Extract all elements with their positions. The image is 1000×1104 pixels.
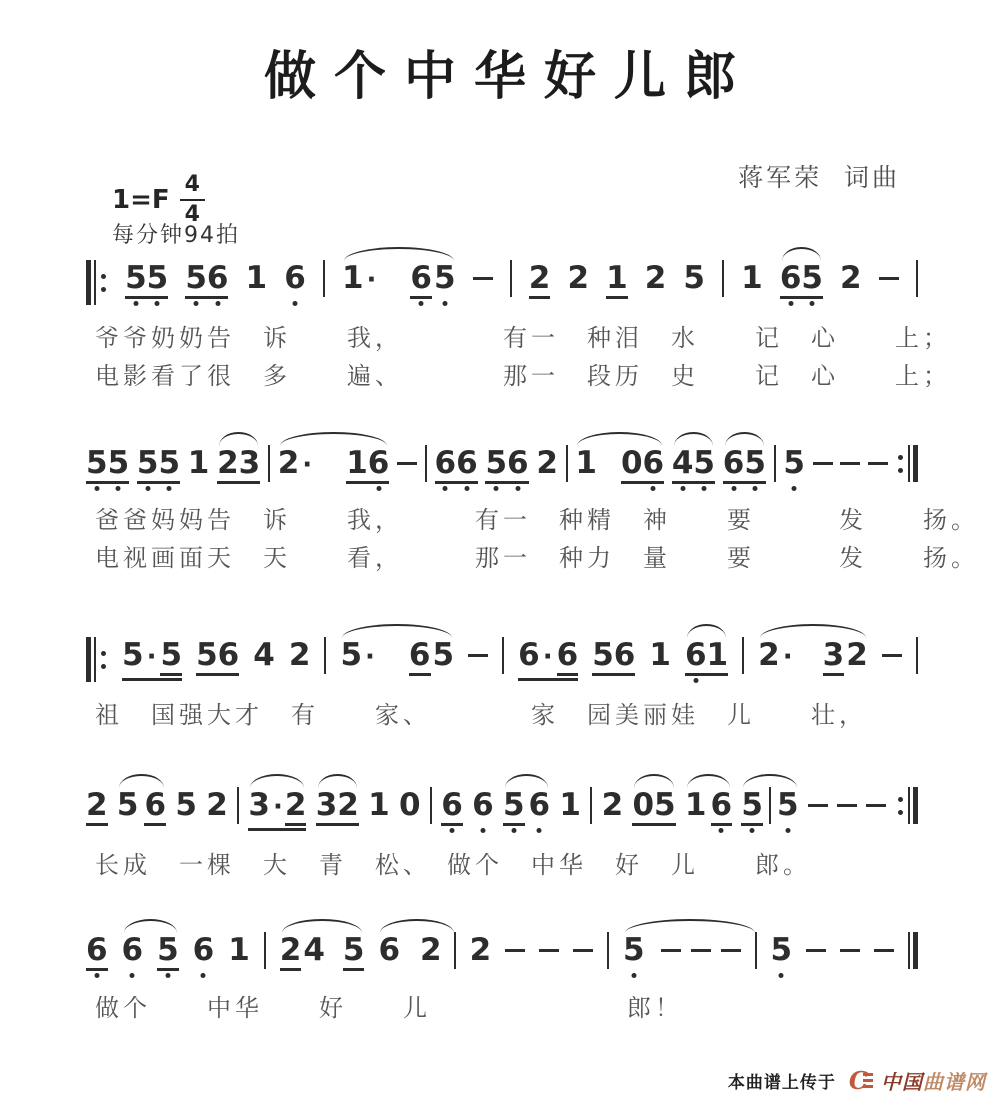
barline xyxy=(454,932,456,969)
tempo-marking: 每分钟94拍 xyxy=(112,218,240,249)
beam-group: 5 xyxy=(741,790,763,826)
note: 2 xyxy=(206,790,228,821)
bar-line-thick xyxy=(86,260,91,305)
note-spacer xyxy=(597,448,621,449)
bar-line xyxy=(454,932,456,969)
beam-group: 56 xyxy=(485,448,528,484)
beam-group: 55 xyxy=(125,263,168,299)
slur-group: 2·32 xyxy=(758,640,868,676)
note: 6 xyxy=(207,263,229,294)
bar-line xyxy=(590,787,592,824)
note: 5 xyxy=(623,935,645,966)
note: 2· xyxy=(278,448,312,479)
note-spacer xyxy=(143,935,157,936)
note: 6 xyxy=(122,935,144,966)
note: 6 xyxy=(441,790,463,821)
note: 6 xyxy=(529,790,551,821)
note: 5 xyxy=(86,448,108,479)
slur-group: 32 xyxy=(316,790,359,826)
note: 6 xyxy=(86,935,108,966)
beam-group: 2 xyxy=(529,263,551,299)
duration-dash xyxy=(691,949,711,952)
beam-group: 6 xyxy=(86,935,108,971)
bar-line xyxy=(425,445,427,482)
note-spacer xyxy=(376,263,410,264)
bar-line xyxy=(566,445,568,482)
repeat-dots xyxy=(898,455,903,473)
beam-group: 6·6 xyxy=(518,640,578,681)
barline xyxy=(323,260,325,297)
repeat-begin-barline xyxy=(86,637,108,682)
bar-line xyxy=(755,932,757,969)
slur-group: 65 xyxy=(780,263,823,299)
slur-group: 55 xyxy=(741,790,798,826)
slur-group: 245 xyxy=(280,935,365,971)
repeat-dot xyxy=(101,664,106,669)
duration-dash xyxy=(473,277,493,280)
note: 1 xyxy=(368,790,390,821)
bar-line xyxy=(268,445,270,482)
barline xyxy=(566,445,568,482)
duration-dash xyxy=(661,949,681,952)
note: 2 xyxy=(217,448,239,479)
beam-group: 5 xyxy=(160,640,182,676)
barline xyxy=(425,445,427,482)
note: 5· xyxy=(340,640,374,671)
slur-group: 45 xyxy=(672,448,715,484)
site-name: 中国曲谱网 xyxy=(881,1066,986,1095)
note-spacer xyxy=(681,935,691,936)
note: 3 xyxy=(316,790,338,821)
site-name-bold: 中国 xyxy=(881,1070,923,1094)
bar-line xyxy=(324,637,326,674)
beam-group: 6 xyxy=(144,790,166,826)
lyric-line: 爷爷奶奶告 诉 我， 有一 种泪 水 记 心 上； xyxy=(95,318,951,353)
note: 2· xyxy=(758,640,792,671)
note: 2 xyxy=(645,263,667,294)
bar-line xyxy=(769,787,771,824)
note: 1 xyxy=(741,263,763,294)
note: 1 xyxy=(346,448,368,479)
note: 6 xyxy=(435,448,457,479)
note: 5· xyxy=(122,640,156,671)
note: 2 xyxy=(529,263,551,294)
slur-group: 65 xyxy=(122,935,179,971)
slur-group: 62 xyxy=(378,935,455,969)
duration-dash xyxy=(539,949,559,952)
bar-line xyxy=(607,932,609,969)
note: 5 xyxy=(125,263,147,294)
note: 5 xyxy=(592,640,614,671)
beam-group: 2 xyxy=(285,790,307,826)
barline xyxy=(264,932,266,969)
note: 5 xyxy=(744,448,766,479)
duration-dash xyxy=(397,462,417,465)
note-spacer xyxy=(442,935,454,936)
bar-line xyxy=(264,932,266,969)
bar-line xyxy=(908,445,910,482)
beam-group: 55 xyxy=(86,448,129,484)
beam-group: 06 xyxy=(621,448,664,484)
note-spacer xyxy=(741,935,755,936)
slur-group: 56 xyxy=(503,790,550,826)
slur-group: 23 xyxy=(217,448,260,484)
note: 6 xyxy=(685,640,707,671)
slur-group: 2·16 xyxy=(278,448,390,484)
note: 1 xyxy=(188,448,210,479)
note: 3 xyxy=(239,448,261,479)
barline xyxy=(237,787,239,824)
note: 4 xyxy=(672,448,694,479)
bar-line xyxy=(237,787,239,824)
note: 6 xyxy=(368,448,390,479)
note: 5 xyxy=(137,448,159,479)
note: 5 xyxy=(117,790,139,821)
duration-dash xyxy=(882,654,902,657)
note-spacer xyxy=(325,935,343,936)
slur-group: 16 xyxy=(685,790,732,826)
upload-note: 本曲谱上传于 xyxy=(728,1068,836,1093)
augmentation-dot: · xyxy=(783,642,793,672)
repeat-dot xyxy=(898,455,903,460)
rest-note: 0 xyxy=(399,790,421,821)
note: 2 xyxy=(536,448,558,479)
beam-group: 6 xyxy=(711,790,733,826)
note: 5 xyxy=(185,263,207,294)
bar-line-thick xyxy=(913,787,918,824)
bar-line xyxy=(774,445,776,482)
augmentation-dot: · xyxy=(367,265,377,295)
barline xyxy=(430,787,432,824)
note: 1 xyxy=(228,935,250,966)
repeat-dot xyxy=(898,468,903,473)
slur-group: 5 xyxy=(623,935,757,969)
note: 6 xyxy=(456,448,478,479)
bar-line xyxy=(908,787,910,824)
lyric-line: 长成 一棵 大 青 松、 做个 中华 好 儿 郎。 xyxy=(95,845,811,880)
note: 5 xyxy=(175,790,197,821)
barline xyxy=(510,260,512,297)
note: 1 xyxy=(559,790,581,821)
note: 5 xyxy=(801,263,823,294)
augmentation-dot: · xyxy=(273,792,283,822)
barline xyxy=(268,445,270,482)
logo-bar xyxy=(863,1073,873,1076)
rest-note: 0 xyxy=(621,448,643,479)
beam-group: 56 xyxy=(185,263,228,299)
note: 6 xyxy=(780,263,802,294)
barline xyxy=(607,932,609,969)
augmentation-dot: · xyxy=(365,642,375,672)
note: 6 xyxy=(409,640,431,671)
note-spacer xyxy=(312,448,346,449)
note: 6 xyxy=(643,448,665,479)
beam-group: 6 xyxy=(410,263,432,299)
bar-line xyxy=(323,260,325,297)
note-spacer xyxy=(400,935,420,936)
note: 6 xyxy=(193,935,215,966)
bar-line xyxy=(916,637,918,674)
note: 6 xyxy=(507,448,529,479)
note: 6 xyxy=(144,790,166,821)
note: 5 xyxy=(343,935,365,966)
slur-group: 5·65 xyxy=(340,640,454,676)
barline xyxy=(722,260,724,297)
bar-line xyxy=(510,260,512,297)
repeat-dots xyxy=(101,274,106,292)
repeat-dots xyxy=(101,651,106,669)
note: 5 xyxy=(434,263,456,294)
duration-dash xyxy=(868,462,888,465)
note: 3· xyxy=(248,790,282,821)
barline xyxy=(755,932,757,969)
final-barline xyxy=(908,932,918,969)
meter-numerator: 4 xyxy=(180,174,205,201)
note: 2 xyxy=(280,935,302,966)
note: 6 xyxy=(218,640,240,671)
beam-group: 16 xyxy=(346,448,389,484)
repeat-end-barline xyxy=(896,445,918,482)
barline xyxy=(742,637,744,674)
note: 1· xyxy=(342,263,376,294)
beam-group: 6 xyxy=(409,640,431,676)
note: 1 xyxy=(707,640,729,671)
note: 1 xyxy=(246,263,268,294)
key-text: 1=F xyxy=(112,185,170,215)
duration-dash xyxy=(806,949,826,952)
note: 5 xyxy=(157,935,179,966)
logo-bars-icon xyxy=(863,1073,873,1088)
note: 1 xyxy=(606,263,628,294)
beam-group: 56 xyxy=(196,640,239,676)
note: 4 xyxy=(303,935,325,966)
repeat-begin-barline xyxy=(86,260,108,305)
note: 5 xyxy=(147,263,169,294)
music-line-3: 5·556425·656·6561612·32 xyxy=(86,640,918,682)
repeat-dot xyxy=(898,797,903,802)
bar-line xyxy=(94,260,96,305)
duration-dash xyxy=(837,804,857,807)
duration-dash xyxy=(468,654,488,657)
note: 5 xyxy=(777,790,799,821)
site-name-rest: 曲谱网 xyxy=(923,1070,986,1094)
bar-line xyxy=(742,637,744,674)
barline xyxy=(590,787,592,824)
lyric-line: 祖 国强大才 有 家、 家 园美丽娃 儿 壮， xyxy=(95,695,867,730)
slur-group: 65 xyxy=(723,448,766,484)
note: 5 xyxy=(108,448,130,479)
note: 6 xyxy=(378,935,400,966)
bar-line xyxy=(722,260,724,297)
barline xyxy=(769,787,771,824)
note: 5 xyxy=(693,448,715,479)
note: 5 xyxy=(654,790,676,821)
note: 5 xyxy=(771,935,793,966)
duration-dash xyxy=(874,949,894,952)
beam-group: 2 xyxy=(280,935,302,971)
note: 5 xyxy=(158,448,180,479)
note: 2 xyxy=(285,790,307,821)
beam-group: 6 xyxy=(557,640,579,676)
beam-group: 66 xyxy=(435,448,478,484)
note: 1 xyxy=(649,640,671,671)
beam-group: 56 xyxy=(592,640,635,676)
note: 5 xyxy=(160,640,182,671)
note: 4 xyxy=(253,640,275,671)
footer: 本曲谱上传于 C 中国曲谱网 xyxy=(728,1066,986,1095)
repeat-end-barline xyxy=(896,787,918,824)
note: 6· xyxy=(518,640,552,671)
lyric-line: 电影看了很 多 遍、 那一 段历 史 记 心 上； xyxy=(95,356,951,391)
barline xyxy=(774,445,776,482)
barline xyxy=(916,637,918,674)
note: 6 xyxy=(711,790,733,821)
bar-line xyxy=(908,932,910,969)
note: 5 xyxy=(783,448,805,479)
note: 6 xyxy=(614,640,636,671)
note: 2 xyxy=(420,935,442,966)
repeat-dots xyxy=(898,797,903,815)
note: 6 xyxy=(557,640,579,671)
bar-line-thick xyxy=(913,445,918,482)
note: 2 xyxy=(289,640,311,671)
duration-dash xyxy=(866,804,886,807)
augmentation-dot: · xyxy=(147,642,157,672)
bar-line-thick xyxy=(913,932,918,969)
duration-dash xyxy=(813,462,833,465)
logo-bar xyxy=(863,1079,873,1082)
rest-note: 0 xyxy=(632,790,654,821)
augmentation-dot: · xyxy=(302,450,312,480)
beam-group: 5·5 xyxy=(122,640,182,681)
beam-group: 1 xyxy=(606,263,628,299)
beam-group: 3 xyxy=(823,640,845,676)
site-logo-icon: C xyxy=(849,1069,873,1093)
lyric-line: 爸爸妈妈告 诉 我， 有一 种精 神 要 发 扬。 xyxy=(95,500,979,535)
bar-line xyxy=(502,637,504,674)
note: 1 xyxy=(575,448,597,479)
note: 2 xyxy=(86,790,108,821)
beam-group: 6 xyxy=(441,790,463,826)
bar-line xyxy=(916,260,918,297)
beam-group: 5 xyxy=(157,935,179,971)
note: 2 xyxy=(337,790,359,821)
music-line-4: 256523·23210665612051655 xyxy=(86,790,918,831)
barline xyxy=(916,260,918,297)
note: 2 xyxy=(840,263,862,294)
beam-group: 5 xyxy=(343,935,365,971)
repeat-dot xyxy=(101,651,106,656)
note-spacer xyxy=(793,640,823,641)
beam-group: 5 xyxy=(503,790,525,826)
slur-group: 05 xyxy=(632,790,675,826)
slur-group: 61 xyxy=(685,640,728,676)
note: 6 xyxy=(472,790,494,821)
repeat-dot xyxy=(101,287,106,292)
duration-dash xyxy=(840,462,860,465)
lyric-line: 做个 中华 好 儿 郎！ xyxy=(95,988,683,1023)
duration-dash xyxy=(879,277,899,280)
duration-dash xyxy=(840,949,860,952)
note: 5 xyxy=(485,448,507,479)
note: 2 xyxy=(602,790,624,821)
slur-group: 1·65 xyxy=(342,263,456,299)
duration-dash xyxy=(808,804,828,807)
note-spacer xyxy=(375,640,409,641)
bar-line-thick xyxy=(86,637,91,682)
note: 1 xyxy=(685,790,707,821)
slur-group: 56 xyxy=(117,790,166,826)
duration-dash xyxy=(721,949,741,952)
composer-credit: 蒋军荣 词曲 xyxy=(738,158,900,194)
note: 5 xyxy=(741,790,763,821)
beam-group: 55 xyxy=(137,448,180,484)
barline xyxy=(324,637,326,674)
duration-dash xyxy=(573,949,593,952)
augmentation-dot: · xyxy=(543,642,553,672)
bar-line xyxy=(94,637,96,682)
note: 6 xyxy=(410,263,432,294)
bar-line xyxy=(430,787,432,824)
music-line-2: 55551232·166656210645655 xyxy=(86,448,918,484)
lyric-line: 电视画面天 天 看， 那一 种力 量 要 发 扬。 xyxy=(95,538,979,573)
note: 5 xyxy=(503,790,525,821)
song-title: 做个中华好儿郎 xyxy=(0,34,1000,109)
note: 2 xyxy=(567,263,589,294)
note: 2 xyxy=(846,640,868,671)
note: 6 xyxy=(723,448,745,479)
barline xyxy=(502,637,504,674)
sheet-music-page: 做个中华好儿郎 蒋军荣 词曲 1=F 4 4 每分钟94拍 5556161·65… xyxy=(0,0,1000,1104)
note: 3 xyxy=(823,640,845,671)
note: 5 xyxy=(683,263,705,294)
music-line-5: 6656124562255 xyxy=(86,935,918,971)
music-line-1: 5556161·65221251652 xyxy=(86,263,918,305)
duration-dash xyxy=(505,949,525,952)
note: 5 xyxy=(433,640,455,671)
slur-group: 3·2 xyxy=(248,790,306,831)
note: 5 xyxy=(196,640,218,671)
beam-group: 2 xyxy=(86,790,108,826)
note: 6 xyxy=(284,263,306,294)
note: 2 xyxy=(470,935,492,966)
note-spacer xyxy=(711,935,721,936)
repeat-dot xyxy=(101,274,106,279)
slur-group: 106 xyxy=(575,448,664,484)
note-spacer xyxy=(645,935,661,936)
logo-bar xyxy=(863,1085,873,1088)
repeat-dot xyxy=(898,810,903,815)
